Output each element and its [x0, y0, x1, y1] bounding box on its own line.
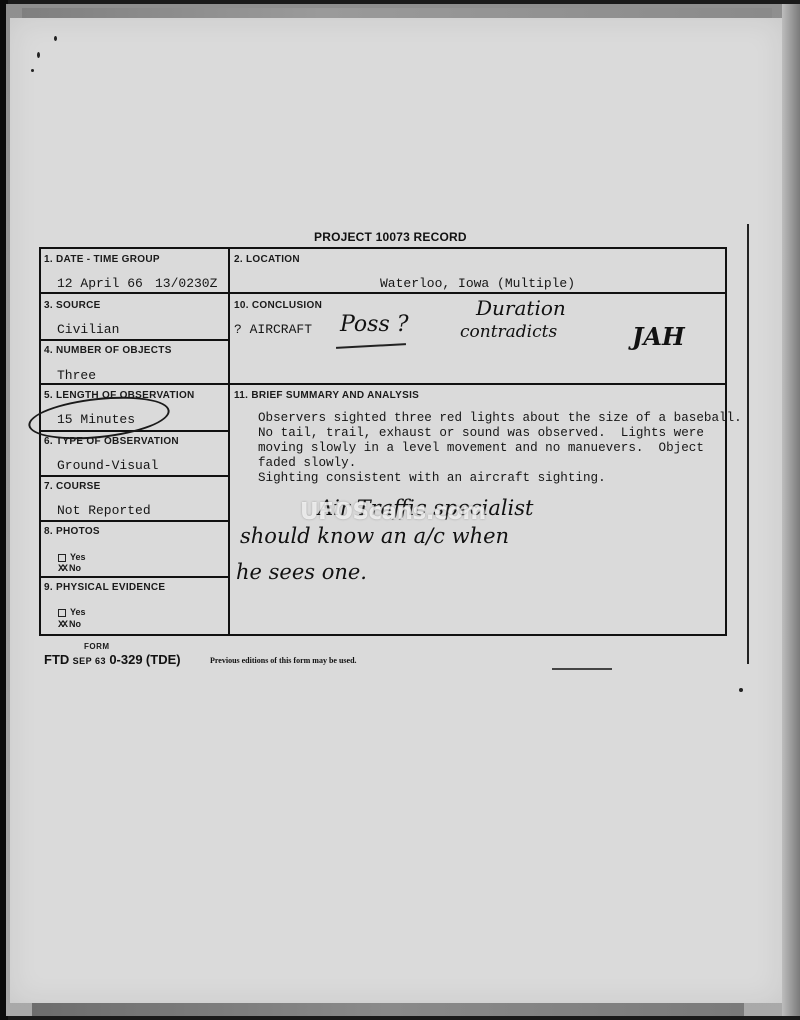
row-divider [39, 292, 727, 294]
footer-note: Previous editions of this form may be us… [210, 656, 357, 665]
field-value-course: Not Reported [57, 503, 151, 518]
physical-evidence-yes-label: Yes [70, 607, 86, 617]
field-label-photos: 8. PHOTOS [44, 526, 100, 537]
field-label-physical-evidence: 9. PHYSICAL EVIDENCE [44, 582, 165, 593]
field-value-number-of-objects: Three [57, 368, 96, 383]
handwritten-note-line3: he sees one. [236, 560, 367, 584]
summary-line: Observers sighted three red lights about… [258, 411, 742, 426]
field-label-date-time: 1. DATE - TIME GROUP [44, 254, 160, 265]
photos-yes-option: Yes [58, 552, 86, 562]
watermark: UFOScans.com [300, 499, 486, 525]
scan-speck [739, 688, 743, 692]
handwritten-initials: JAH [632, 322, 685, 351]
photos-no-label: No [69, 563, 81, 573]
handwritten-duration: Duration [476, 296, 566, 320]
field-label-type-of-observation: 6. TYPE OF OBSERVATION [44, 436, 179, 447]
scan-right-shade [782, 4, 800, 1016]
field-label-number-of-objects: 4. NUMBER OF OBJECTS [44, 345, 172, 356]
row-divider [39, 383, 727, 385]
handwritten-poss: Poss ? [340, 312, 409, 337]
field-label-location: 2. LOCATION [234, 254, 300, 265]
summary-line: No tail, trail, exhaust or sound was obs… [258, 426, 742, 441]
field-value-location: Waterloo, Iowa (Multiple) [380, 276, 575, 291]
checkbox-xx-mark-icon: XX [58, 564, 66, 575]
field-value-time: 13/0230Z [155, 276, 217, 291]
field-value-source: Civilian [57, 322, 119, 337]
field-value-conclusion: ? AIRCRAFT [234, 322, 312, 337]
physical-evidence-no-label: No [69, 619, 81, 629]
footer-form-id: FTD SEP 63 0-329 (TDE) [44, 652, 181, 667]
summary-text: Observers sighted three red lights about… [258, 411, 742, 486]
physical-evidence-no-option: XXNo [58, 619, 81, 631]
form-title: PROJECT 10073 RECORD [314, 230, 467, 244]
field-label-source: 3. SOURCE [44, 300, 101, 311]
handwritten-contradicts: contradicts [460, 322, 557, 342]
summary-line: Sighting consistent with an aircraft sig… [258, 471, 742, 486]
footer-form-word: FORM [84, 642, 110, 651]
checkbox-empty-icon [58, 609, 66, 617]
scan-bottom-strip [32, 1002, 744, 1016]
summary-line: faded slowly. [258, 456, 742, 471]
physical-evidence-yes-option: Yes [58, 607, 86, 617]
row-divider [39, 339, 229, 341]
footer-date: SEP 63 [73, 656, 106, 666]
row-divider [39, 576, 229, 578]
field-label-conclusion: 10. CONCLUSION [234, 300, 322, 311]
checkbox-empty-icon [58, 554, 66, 562]
row-divider [39, 520, 229, 522]
footer-number: 0-329 [109, 652, 142, 667]
checkbox-xx-mark-icon: XX [58, 620, 66, 631]
scan-speck [31, 69, 34, 72]
summary-line: moving slowly in a level movement and no… [258, 441, 742, 456]
footer-ftd: FTD [44, 652, 69, 667]
scan-speck [37, 52, 40, 58]
field-value-date: 12 April 66 [57, 276, 143, 291]
field-label-course: 7. COURSE [44, 481, 101, 492]
field-label-summary: 11. BRIEF SUMMARY AND ANALYSIS [234, 390, 419, 401]
scan-speck [54, 36, 57, 41]
margin-dash [552, 668, 612, 670]
footer-code: (TDE) [146, 652, 181, 667]
photos-yes-label: Yes [70, 552, 86, 562]
photos-no-option: XXNo [58, 563, 81, 575]
row-divider [39, 475, 229, 477]
margin-rule [747, 224, 749, 664]
handwritten-note-line2: should know an a/c when [240, 524, 509, 548]
field-value-type-of-observation: Ground-Visual [57, 458, 158, 473]
